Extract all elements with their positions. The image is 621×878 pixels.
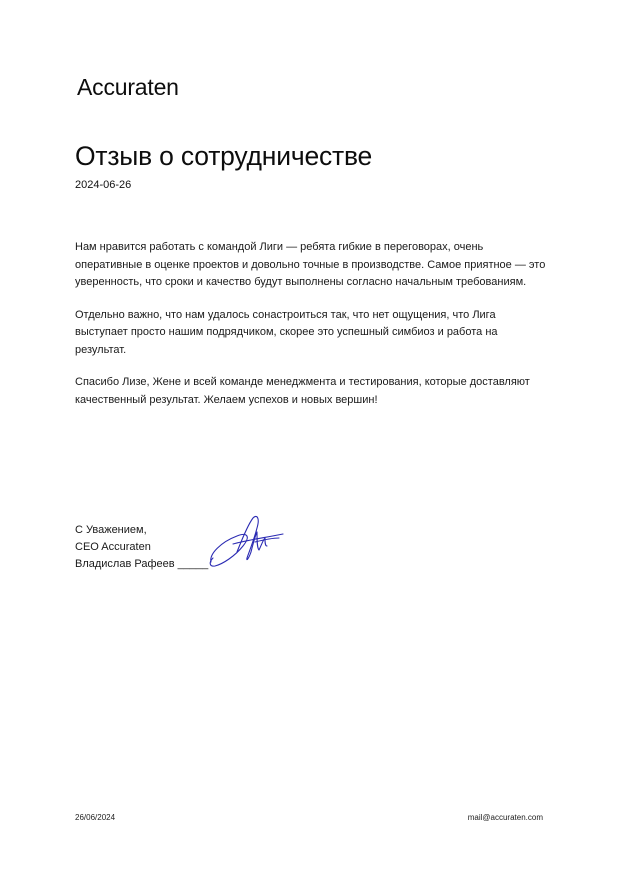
letter-body: Нам нравится работать с командой Лиги — …	[75, 239, 550, 424]
footer-date: 26/06/2024	[75, 813, 115, 823]
body-paragraph: Отдельно важно, что нам удалось сонастро…	[75, 307, 550, 360]
signature-block: С Уважением, CEO Accuraten Владислав Раф…	[75, 522, 208, 573]
body-paragraph: Нам нравится работать с командой Лиги — …	[75, 239, 550, 292]
body-paragraph: Спасибо Лизе, Жене и всей команде менедж…	[75, 374, 550, 409]
handwritten-signature-icon	[207, 512, 287, 574]
document-title: Отзыв о сотрудничестве	[75, 140, 372, 172]
document-date: 2024-06-26	[75, 178, 131, 192]
letter-page: Accuraten Отзыв о сотрудничестве 2024-06…	[0, 0, 621, 878]
closing-phrase: С Уважением,	[75, 522, 208, 539]
signer-name: Владислав Рафеев _____	[75, 556, 208, 573]
company-logo-text: Accuraten	[77, 73, 179, 101]
signer-position: CEO Accuraten	[75, 539, 208, 556]
footer-email: mail@accuraten.com	[468, 813, 543, 823]
